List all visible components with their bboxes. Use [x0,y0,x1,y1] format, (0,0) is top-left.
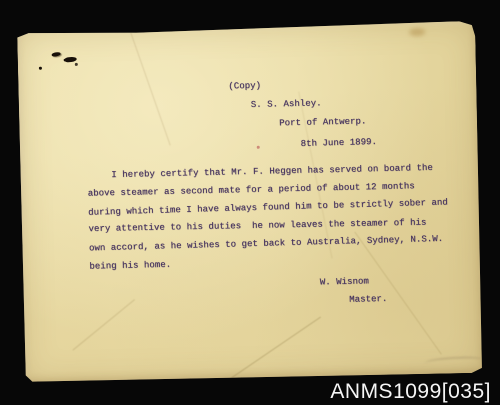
catalog-number-label: ANMS1099[035] [330,380,491,404]
paper-crease [72,299,135,350]
signature-title: Master. [349,294,387,305]
ink-speck [75,63,78,66]
pencil-inscription [424,356,482,367]
body-line: during which time I have always found hi… [88,197,448,217]
date-line: 8th June 1899. [301,137,378,149]
paper-crease [354,232,441,355]
signature-name: W. Wisnom [320,276,369,287]
stain-mark [409,28,425,36]
ink-speck [39,67,42,70]
ink-blot [51,52,60,57]
body-line: above steamer as second mate for a perio… [88,181,415,198]
scanned-photo-background: (Copy) S. S. Ashley. Port of Antwerp. 8t… [0,0,500,405]
body-line: own accord, as he wishes to get back to … [89,234,443,254]
ship-name-line: S. S. Ashley. [251,98,322,110]
body-line: I hereby certify that Mr. F. Heggen has … [111,163,433,180]
body-line: being his home. [89,260,171,272]
ink-blot [64,56,76,62]
location-line: Port of Antwerp. [279,116,366,128]
red-speck [257,146,260,149]
paper-crease [130,32,171,146]
paper-crease [230,317,321,380]
copy-annotation: (Copy) [228,81,261,92]
body-line: very attentive to his duties he now leav… [88,218,426,234]
letter-paper: (Copy) S. S. Ashley. Port of Antwerp. 8t… [17,21,483,383]
